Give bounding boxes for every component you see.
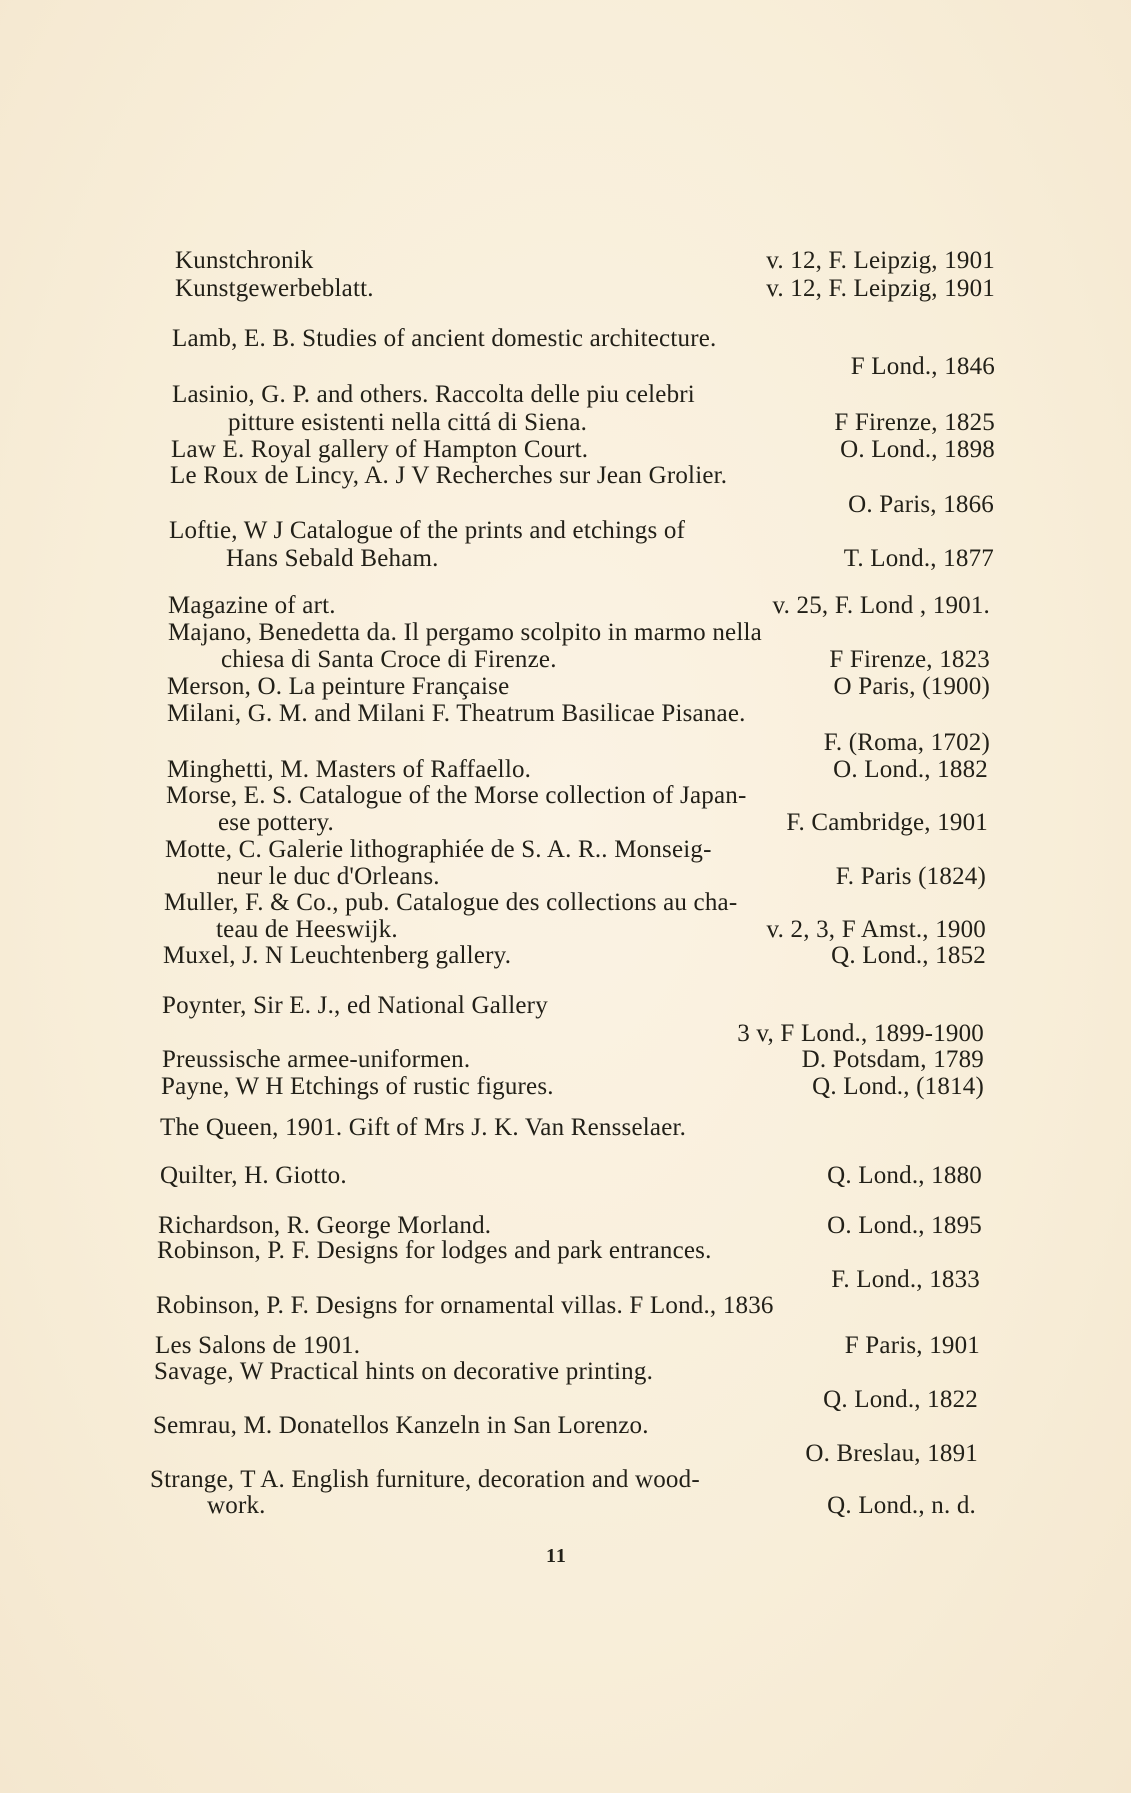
entry-text: work. (207, 1492, 266, 1520)
entry-text: Lamb, E. B. Studies of ancient domestic … (172, 325, 716, 353)
entry-imprint: D. Potsdam, 1789 (802, 1046, 984, 1074)
entry-text: teau de Heeswijk. (216, 916, 398, 944)
entry-imprint: F. (Roma, 1702) (824, 729, 990, 757)
entry-imprint: O. Lond., 1898 (840, 436, 995, 464)
entry-text: Kunstgewerbeblatt. (175, 275, 374, 303)
entry-imprint: O. Breslau, 1891 (805, 1440, 978, 1468)
entry-text: Quilter, H. Giotto. (160, 1162, 347, 1190)
entry-text: Majano, Benedetta da. Il pergamo scolpit… (168, 619, 762, 647)
entry-text: Milani, G. M. and Milani F. Theatrum Bas… (167, 700, 746, 728)
entry-text: Semrau, M. Donatellos Kanzeln in San Lor… (153, 1412, 649, 1440)
document-page: Kunstchronikv. 12, F. Leipzig, 1901Kunst… (0, 0, 1131, 1793)
entry-text: Muller, F. & Co., pub. Catalogue des col… (164, 889, 737, 917)
entry-text: Richardson, R. George Morland. (158, 1212, 491, 1240)
entry-imprint: F. Lond., 1833 (831, 1266, 980, 1294)
entry-imprint: Q. Lond., 1822 (823, 1386, 978, 1414)
entry-text: Savage, W Practical hints on decorative … (154, 1358, 653, 1386)
entry-imprint: F Firenze, 1823 (829, 646, 990, 674)
entry-imprint: O. Lond., 1895 (827, 1212, 982, 1240)
entry-imprint: Q. Lond., (1814) (812, 1073, 984, 1101)
entry-text: Merson, O. La peinture Française (167, 673, 509, 701)
entry-imprint: O Paris, (1900) (834, 673, 990, 701)
entry-imprint: Q. Lond., 1880 (827, 1162, 982, 1190)
entry-text: Magazine of art. (168, 592, 336, 620)
entry-imprint: O. Paris, 1866 (848, 491, 994, 519)
entry-text: The Queen, 1901. Gift of Mrs J. K. Van R… (160, 1114, 686, 1142)
entry-imprint: v. 12, F. Leipzig, 1901 (766, 247, 995, 275)
entry-imprint: 3 v, F Lond., 1899-1900 (737, 1020, 984, 1048)
entry-text: Motte, C. Galerie lithographiée de S. A.… (165, 836, 712, 864)
entry-text: Robinson, P. F. Designs for ornamental v… (156, 1292, 774, 1320)
entry-text: Loftie, W J Catalogue of the prints and … (169, 517, 685, 545)
entry-imprint: F. Cambridge, 1901 (786, 809, 988, 837)
entry-imprint: Q. Lond., 1852 (831, 942, 986, 970)
entry-imprint: T. Lond., 1877 (844, 545, 994, 573)
entry-imprint: O. Lond., 1882 (833, 756, 988, 784)
entry-text: Payne, W H Etchings of rustic figures. (161, 1073, 554, 1101)
entry-text: Lasinio, G. P. and others. Raccolta dell… (172, 381, 695, 409)
entry-text: Morse, E. S. Catalogue of the Morse coll… (166, 782, 747, 810)
entry-text: Le Roux de Lincy, A. J V Recherches sur … (170, 462, 727, 490)
entry-text: chiesa di Santa Croce di Firenze. (221, 646, 557, 674)
page-number: 11 (546, 1545, 567, 1568)
entry-text: Minghetti, M. Masters of Raffaello. (167, 756, 531, 784)
entry-text: Les Salons de 1901. (155, 1332, 360, 1360)
entry-text: Hans Sebald Beham. (226, 545, 439, 573)
entry-text: Kunstchronik (175, 247, 314, 275)
entry-imprint: F Firenze, 1825 (834, 409, 995, 437)
entry-text: ese pottery. (218, 809, 334, 837)
entry-imprint: v. 2, 3, F Amst., 1900 (767, 916, 986, 944)
entry-text: Strange, T A. English furniture, decorat… (150, 1466, 700, 1494)
entry-imprint: v. 12, F. Leipzig, 1901 (766, 275, 995, 303)
entry-text: Preussische armee-uniformen. (162, 1046, 470, 1074)
entry-imprint: v. 25, F. Lond , 1901. (773, 592, 990, 620)
entry-text: Robinson, P. F. Designs for lodges and p… (157, 1237, 712, 1265)
entry-text: pitture esistenti nella cittá di Siena. (228, 409, 587, 437)
entry-text: Muxel, J. N Leuchtenberg gallery. (163, 942, 511, 970)
entry-imprint: Q. Lond., n. d. (827, 1492, 976, 1520)
entry-text: Law E. Royal gallery of Hampton Court. (171, 436, 588, 464)
entry-imprint: F Paris, 1901 (845, 1332, 980, 1360)
entry-text: neur le duc d'Orleans. (217, 863, 440, 891)
entry-imprint: F Lond., 1846 (851, 353, 995, 381)
entry-text: Poynter, Sir E. J., ed National Gallery (162, 992, 548, 1020)
entry-imprint: F. Paris (1824) (836, 863, 986, 891)
